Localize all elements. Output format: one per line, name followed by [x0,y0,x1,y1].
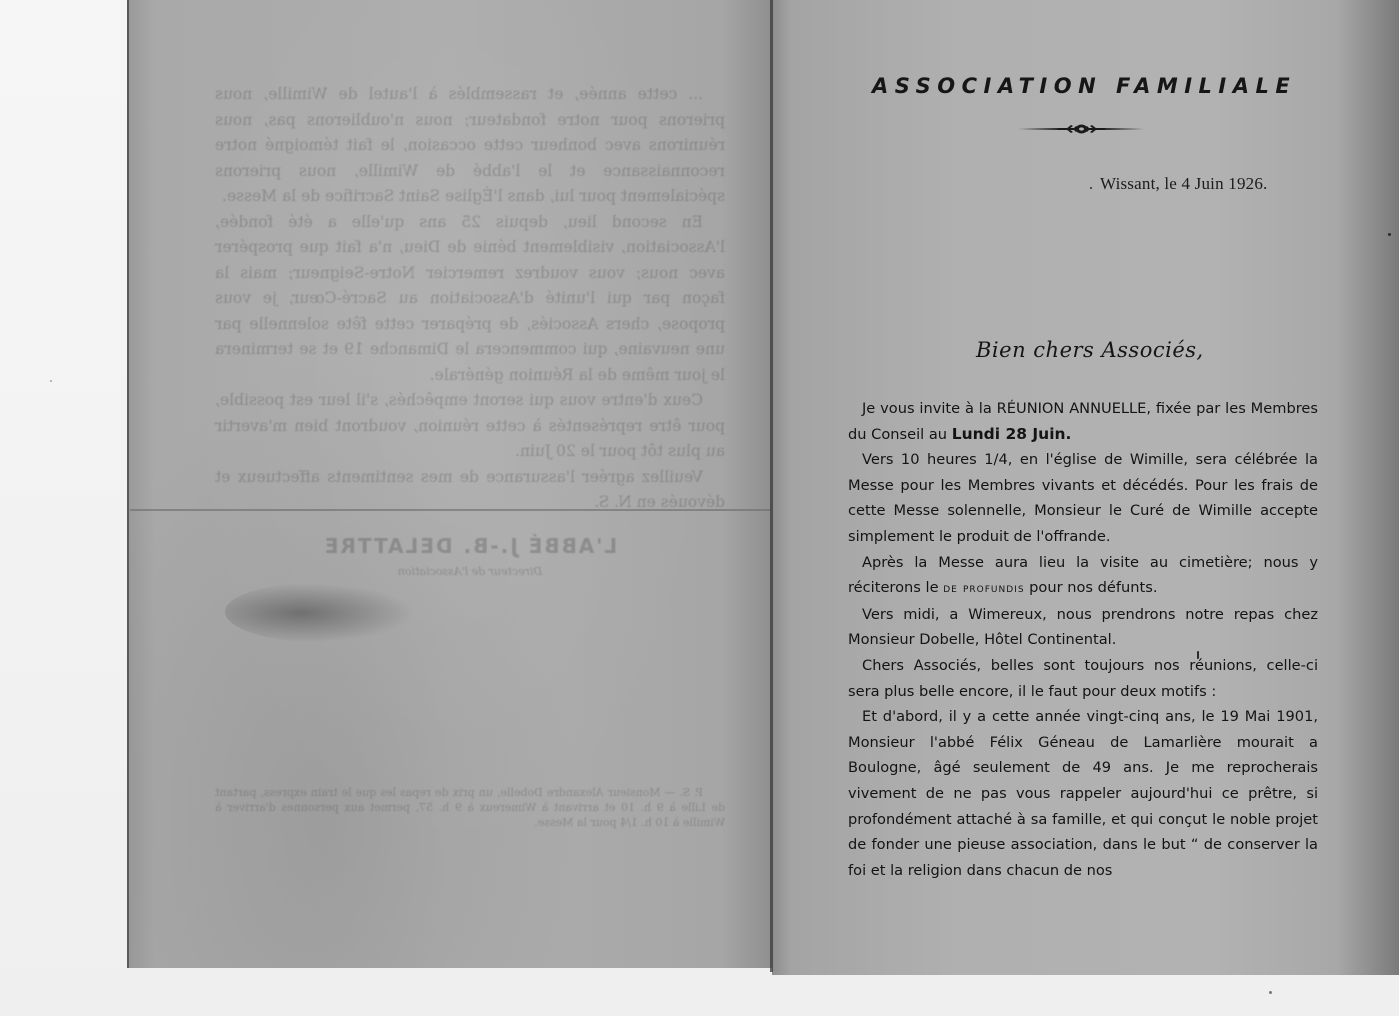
scan-speck [1090,187,1092,189]
bleed-paragraph: ... cette année, et rassemblés à l'autel… [215,82,725,210]
paragraph-cemetery: Après la Messe aura lieu la visite au ci… [848,550,1318,602]
paragraph-founder: Et d'abord, il y a cette année vingt-cin… [848,704,1318,883]
de-profundis: de profundis [943,581,1024,596]
paragraph-invitation: Je vous invite à la RÉUNION ANNUELLE, fi… [848,396,1318,447]
bleed-postscript: P. S. — Monsieur Alexandre Dobelle, un p… [215,785,725,830]
bleed-through-text: ... cette année, et rassemblés à l'autel… [215,82,725,830]
document-title: ASSOCIATION FAMILIALE [872,74,1292,98]
paragraph-meal: Vers midi, a Wimereux, nous prendrons no… [848,602,1318,653]
scan-speck [1269,991,1272,994]
letter-body: Je vous invite à la RÉUNION ANNUELLE, fi… [848,396,1318,883]
bleed-signature: L'ABBÉ J.-B. DELATTRE [215,534,725,560]
text-run: pour nos défunts. [1025,579,1158,596]
bleed-paragraph: Ceux d'entre vous qui seront empêchés, s… [215,388,725,465]
bleed-paragraph: En second lieu, depuis 25 ans qu'elle a … [215,210,725,389]
paragraph-motives: Chers Associés, belles sont toujours nos… [848,653,1318,704]
scan-speck [1197,651,1199,659]
scan-speck [50,380,52,382]
salutation: Bien chers Associés, [976,338,1204,362]
text-run: Je vous invite à la RÉUNION ANNUELLE, fi… [848,400,1318,443]
ornament-divider-icon [1018,122,1145,136]
meeting-date: Lundi 28 Juin. [952,425,1072,443]
bleed-paragraph: Veuillez agréer l'assurance de mes senti… [215,465,725,516]
scan-speck [1388,233,1391,236]
paragraph-mass: Vers 10 heures 1/4, en l'église de Wimil… [848,447,1318,549]
bleed-signature-title: Directeur de l'Association [215,559,725,585]
center-fold [770,0,773,972]
dateline: Wissant, le 4 Juin 1926. [1100,174,1268,194]
